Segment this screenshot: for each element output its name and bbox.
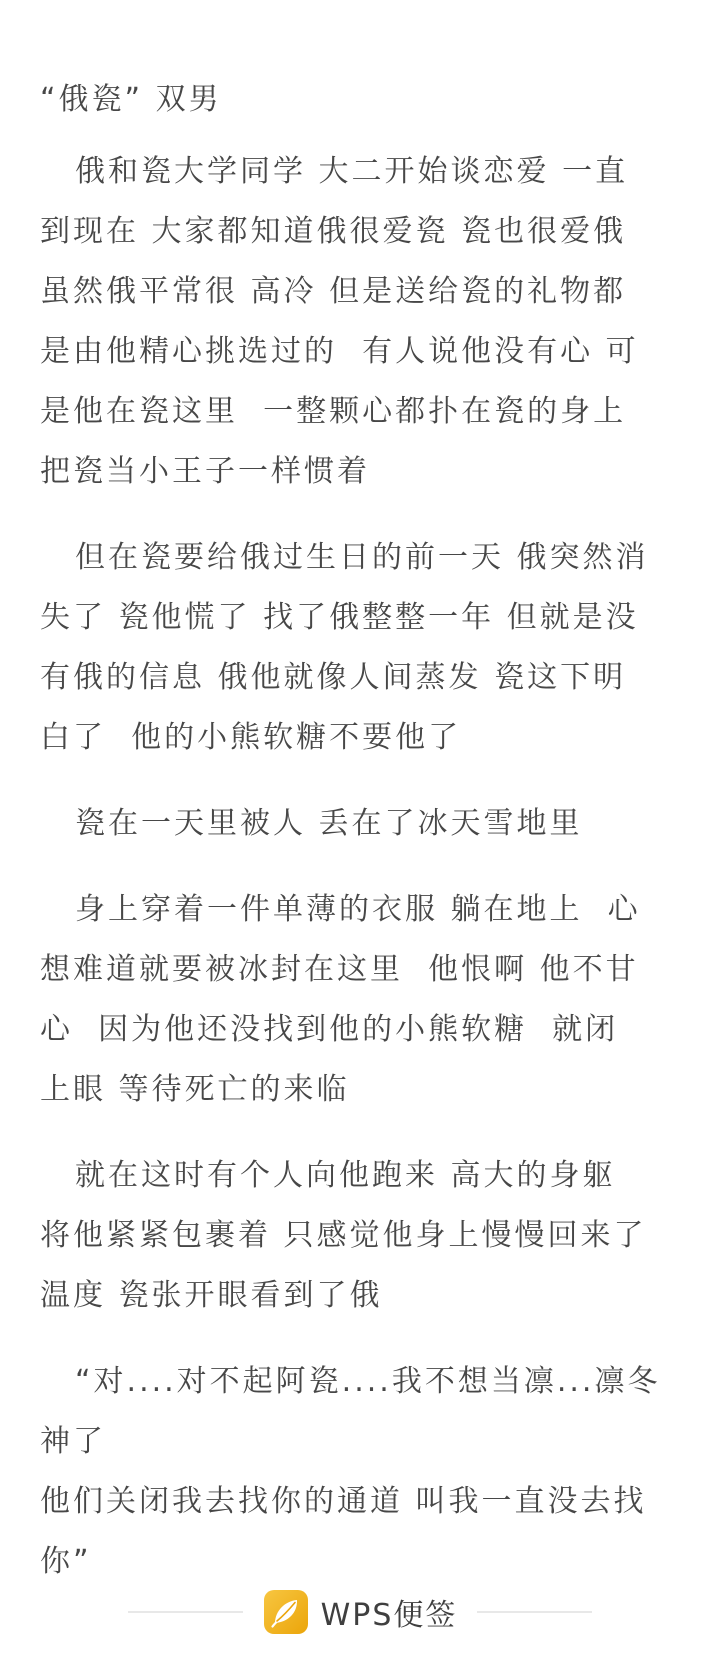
text-line: 身上穿着一件单薄的衣服 躺在地上 心 [40,880,682,940]
text-line: 是他在瓷这里 一整颗心都扑在瓷的身上 [40,382,682,442]
footer-divider-right [477,1611,592,1613]
footer-divider-left [128,1611,243,1613]
text-line: 有俄的信息 俄他就像人间蒸发 瓷这下明 [40,648,682,708]
text-line: 失了 瓷他慌了 找了俄整整一年 但就是没 [40,588,682,648]
text-line: 上眼 等待死亡的来临 [40,1060,682,1120]
text-line: 到现在 大家都知道俄很爱瓷 瓷也很爱俄 [40,202,682,262]
paragraph: 但在瓷要给俄过生日的前一天 俄突然消失了 瓷他慌了 找了俄整整一年 但就是没有俄… [40,528,682,768]
text-line: 是由他精心挑选过的 有人说他没有心 可 [40,322,682,382]
text-line: 瓷在一天里被人 丢在了冰天雪地里 [40,794,682,854]
text-line: 将他紧紧包裹着 只感觉他身上慢慢回来了 [40,1206,682,1266]
text-line: 想难道就要被冰封在这里 他恨啊 他不甘 [40,940,682,1000]
text-line: 心 因为他还没找到他的小熊软糖 就闭 [40,1000,682,1060]
text-line: 你” [40,1532,682,1592]
text-line: 白了 他的小熊软糖不要他了 [40,708,682,768]
paragraph: 就在这时有个人向他跑来 高大的身躯将他紧紧包裹着 只感觉他身上慢慢回来了温度 瓷… [40,1146,682,1326]
text-line: 温度 瓷张开眼看到了俄 [40,1266,682,1326]
paragraph: “对....对不起阿瓷....我不想当凛...凛冬神了他们关闭我去找你的通道 叫… [40,1352,682,1592]
text-line: “对....对不起阿瓷....我不想当凛...凛冬神了 [40,1352,682,1472]
footer-watermark: WPS便签 [0,1590,720,1634]
text-line: 虽然俄平常很 高冷 但是送给瓷的礼物都 [40,262,682,322]
wps-leaf-icon [264,1590,308,1634]
paragraph: 身上穿着一件单薄的衣服 躺在地上 心想难道就要被冰封在这里 他恨啊 他不甘心 因… [40,880,682,1120]
paragraph: 俄和瓷大学同学 大二开始谈恋爱 一直到现在 大家都知道俄很爱瓷 瓷也很爱俄虽然俄… [40,142,682,502]
note-page: “俄瓷” 双男 俄和瓷大学同学 大二开始谈恋爱 一直到现在 大家都知道俄很爱瓷 … [0,0,720,1663]
text-line: 但在瓷要给俄过生日的前一天 俄突然消 [40,528,682,588]
footer-brand-label: WPS便签 [321,1590,458,1634]
text-line: 俄和瓷大学同学 大二开始谈恋爱 一直 [40,142,682,202]
paragraph: 瓷在一天里被人 丢在了冰天雪地里 [40,794,682,854]
text-line: 就在这时有个人向他跑来 高大的身躯 [40,1146,682,1206]
text-line: 把瓷当小王子一样惯着 [40,442,682,502]
note-body: “俄瓷” 双男 俄和瓷大学同学 大二开始谈恋爱 一直到现在 大家都知道俄很爱瓷 … [0,0,720,1592]
note-title: “俄瓷” 双男 [40,70,682,130]
text-line: 他们关闭我去找你的通道 叫我一直没去找 [40,1472,682,1532]
